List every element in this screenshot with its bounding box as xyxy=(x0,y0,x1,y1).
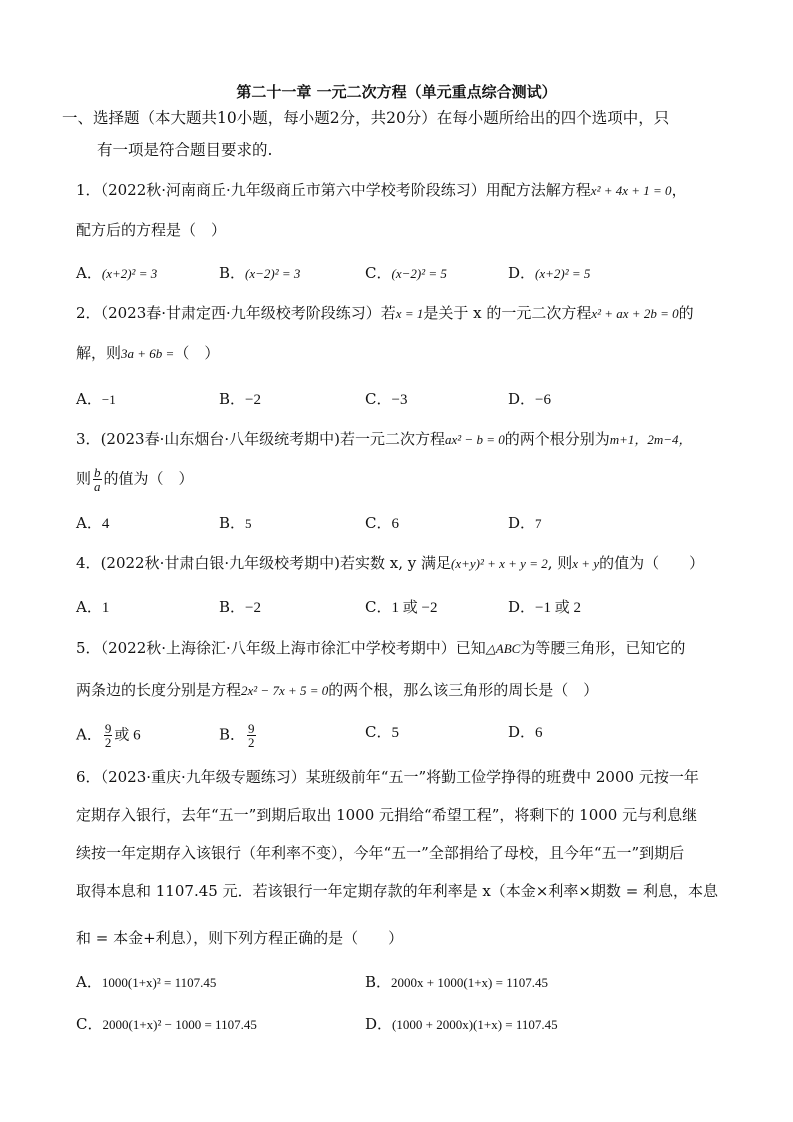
fraction: 92 xyxy=(104,722,113,749)
option-c: C．(x−2)² = 5 xyxy=(365,263,447,284)
option-b: B．92 xyxy=(219,722,258,749)
option-d: D．(1000 + 2000x)(1+x) = 1107.45 xyxy=(365,1014,558,1035)
option-a: A．92或 6 xyxy=(76,722,141,749)
option-a: A．4 xyxy=(76,513,109,534)
option-c: C．1 或 −2 xyxy=(365,597,437,618)
option-c: C．−3 xyxy=(365,389,407,410)
question-3-line2: 则ba的值为（ ） xyxy=(76,466,194,493)
question-source: （2023·重庆·九年级专题练习） xyxy=(101,768,306,786)
option-a: A．1000(1+x)² = 1107.45 xyxy=(76,972,216,993)
option-d: D．(x+2)² = 5 xyxy=(508,263,590,284)
question-6-line5: 和 = 本金+利息），则下列方程正确的是（ ） xyxy=(76,928,403,948)
question-number: 1 xyxy=(76,181,86,199)
option-d: D．6 xyxy=(508,722,543,743)
section-heading-line1: 一、选择题（本大题共10小题，每小题2分，共20分）在每小题所给出的四个选项中，… xyxy=(62,108,669,128)
option-b: B．5 xyxy=(219,513,252,534)
fraction: ba xyxy=(93,466,102,493)
option-a: A．−1 xyxy=(76,389,116,410)
question-1-line1: 1．（2022秋·河南商丘·九年级商丘市第六中学校考阶段练习）用配方法解方程x²… xyxy=(76,180,687,201)
question-source: （2022秋·河南商丘·九年级商丘市第六中学校考阶段练习） xyxy=(101,181,486,199)
option-a: A．(x+2)² = 3 xyxy=(76,263,157,284)
option-b: B．(x−2)² = 3 xyxy=(219,263,300,284)
question-5-line1: 5．（2022秋·上海徐汇·八年级上海市徐汇中学校考期中）已知△ABC为等腰三角… xyxy=(76,638,685,659)
option-c: C．5 xyxy=(365,722,399,743)
question-6-line3: 续按一年定期存入该银行（年利率不变），今年“五一”全部捐给了母校，且今年“五一”… xyxy=(76,843,684,863)
option-d: D．−6 xyxy=(508,389,551,410)
question-2-line1: 2．（2023春·甘肃定西·九年级校考阶段练习）若x = 1是关于 x 的一元二… xyxy=(76,303,694,324)
question-5-line2: 两条边的长度分别是方程2x² − 7x + 5 = 0的两个根，那么该三角形的周… xyxy=(76,680,598,701)
question-6-line2: 定期存入银行，去年“五一”到期后取出 1000 元捐给“希望工程”，将剩下的 1… xyxy=(76,805,697,825)
section-heading-line2: 有一项是符合题目要求的. xyxy=(97,140,272,160)
question-source: （2022秋·上海徐汇·八年级上海市徐汇中学校考期中） xyxy=(101,639,456,657)
option-c: C．2000(1+x)² − 1000 = 1107.45 xyxy=(76,1014,257,1035)
option-b: B．2000x + 1000(1+x) = 1107.45 xyxy=(365,972,548,993)
question-1-line2: 配方后的方程是（ ） xyxy=(76,220,226,240)
question-4-line1: 4．(2022秋·甘肃白银·九年级校考期中)若实数 x, y 满足(x+y)² … xyxy=(76,553,704,574)
option-d: D．7 xyxy=(508,513,542,534)
triangle-symbol: △ABC xyxy=(486,641,521,656)
question-2-line2: 解，则3a + 6b =（ ） xyxy=(76,343,219,364)
question-source: （2023春·甘肃定西·九年级校考阶段练习） xyxy=(101,304,381,322)
question-6-line4: 取得本息和 1107.45 元．若该银行一年定期存款的年利率是 x（本金×利率×… xyxy=(76,881,718,901)
option-b: B．−2 xyxy=(219,389,261,410)
page-title: 第二十一章 一元二次方程（单元重点综合测试） xyxy=(0,82,793,102)
question-6-line1: 6．（2023·重庆·九年级专题练习）某班级前年“五一”将勤工俭学挣得的班费中 … xyxy=(76,767,699,787)
document-page: 第二十一章 一元二次方程（单元重点综合测试） 一、选择题（本大题共10小题，每小… xyxy=(0,0,793,1122)
question-3-line1: 3．(2023春·山东烟台·八年级统考期中)若一元二次方程ax² − b = 0… xyxy=(76,429,692,450)
question-source: (2023春·山东烟台·八年级统考期中) xyxy=(101,430,340,448)
fraction: 92 xyxy=(247,722,256,749)
question-source: (2022秋·甘肃白银·九年级校考期中) xyxy=(101,554,340,572)
option-c: C．6 xyxy=(365,513,399,534)
option-a: A．1 xyxy=(76,597,109,618)
equation: x² + 4x + 1 = 0 xyxy=(591,183,672,198)
option-d: D．−1 或 2 xyxy=(508,597,581,618)
option-b: B．−2 xyxy=(219,597,261,618)
